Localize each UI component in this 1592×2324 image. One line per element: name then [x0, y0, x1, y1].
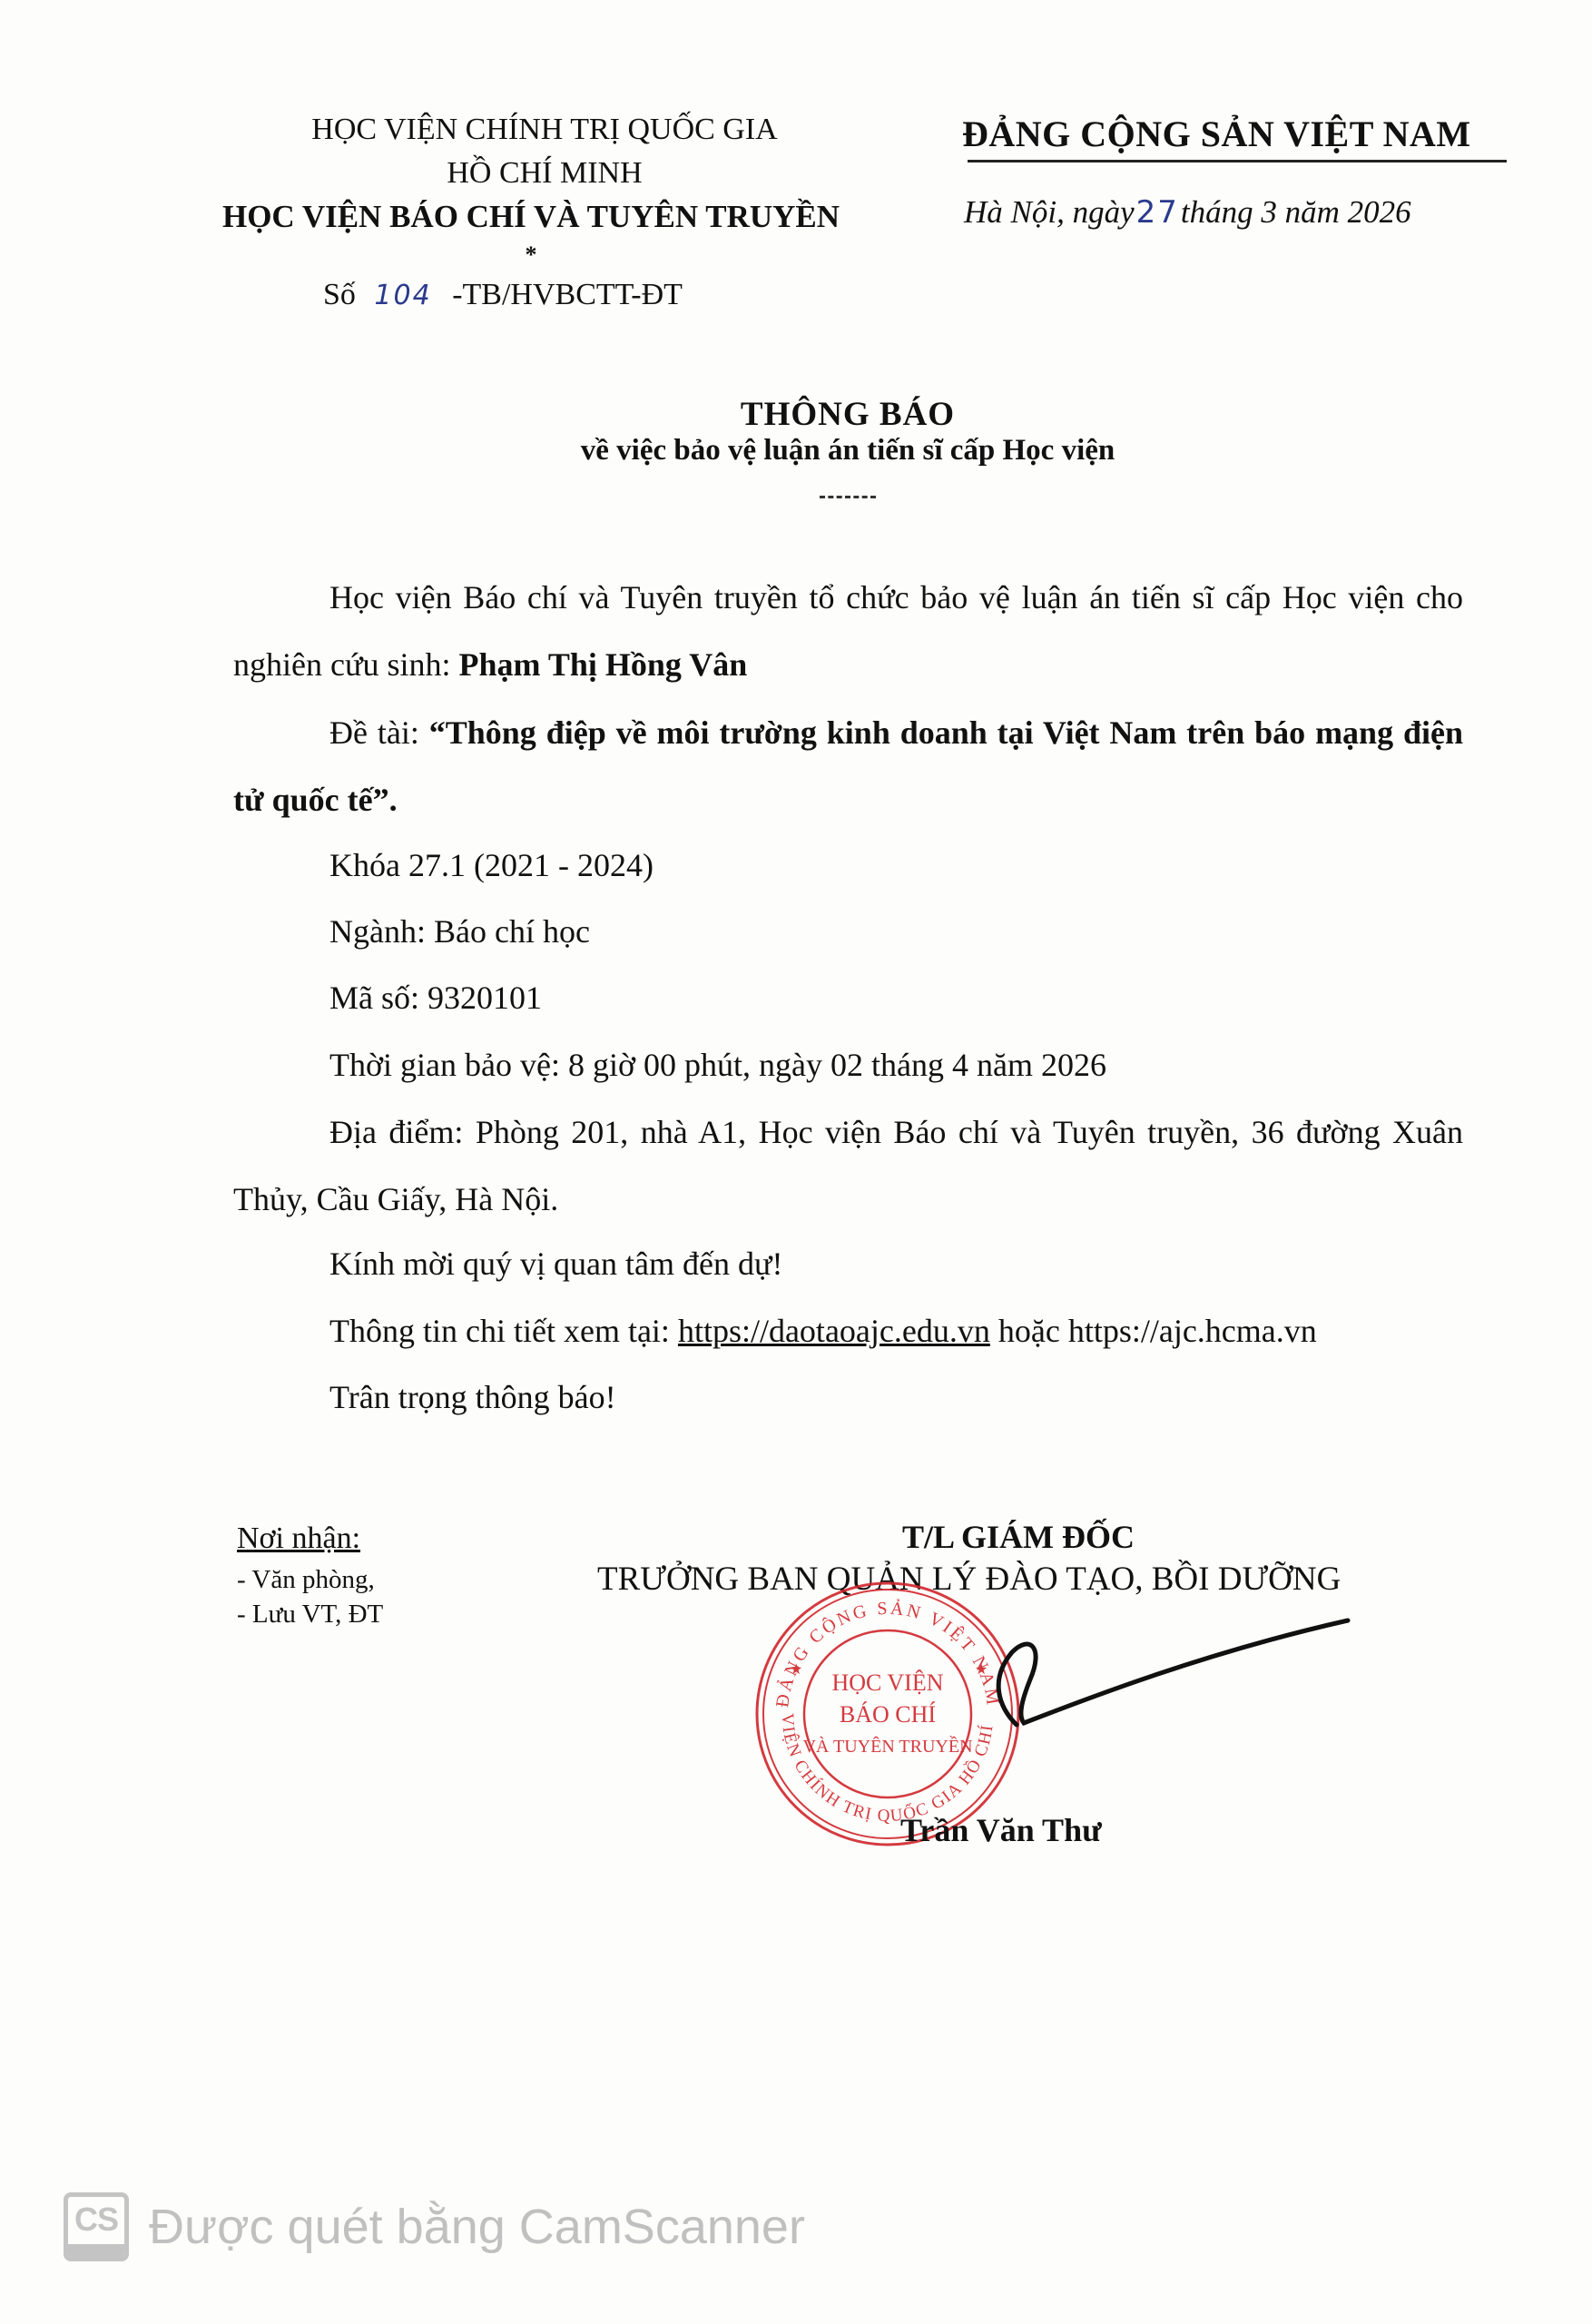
issuer-parent-org: HỌC VIỆN CHÍNH TRỊ QUỐC GIA: [311, 114, 777, 145]
candidate-name: Phạm Thị Hồng Vân: [458, 646, 747, 683]
defense-location: Địa điểm: Phòng 201, nhà A1, Học viện Bá…: [233, 1098, 1463, 1233]
major-code: Mã số: 9320101: [233, 964, 1463, 1031]
issuer-parent-org-line2: HỒ CHÍ MINH: [447, 158, 642, 189]
date-line: Hà Nội, ngày27tháng 3 năm 2026: [964, 194, 1411, 231]
stamp-center-line: HỌC VIỆN: [831, 1669, 943, 1696]
date-day-handwritten: 27: [1136, 194, 1179, 231]
defense-time: Thời gian bảo vệ: 8 giờ 00 phút, ngày 02…: [233, 1031, 1463, 1098]
recipients-heading: Nơi nhận:: [237, 1521, 360, 1556]
signature-on-behalf: T/L GIÁM ĐỐC: [902, 1518, 1135, 1556]
camscanner-watermark: CS Được quét bằng CamScanner: [64, 2192, 805, 2261]
info-line: Thông tin chi tiết xem tại: https://daot…: [233, 1297, 1463, 1364]
topic-paragraph: Đề tài: “Thông điệp về môi trường kinh d…: [233, 699, 1463, 833]
handwritten-signature: [980, 1616, 1361, 1743]
link-daotaoajc[interactable]: https://daotaoajc.edu.vn: [678, 1313, 990, 1349]
doc-no-handwritten: 104: [374, 280, 431, 311]
notice-subtitle: về việc bảo vệ luận án tiến sĩ cấp Học v…: [581, 434, 1115, 468]
recipient-item: - Lưu VT, ĐT: [237, 1600, 383, 1630]
star-separator: *: [526, 241, 537, 269]
party-heading-underline: [968, 160, 1507, 162]
party-heading: ĐẢNG CỘNG SẢN VIỆT NAM: [962, 113, 1471, 155]
camscanner-logo-icon: CS: [64, 2192, 129, 2261]
doc-no-prefix: Số: [323, 278, 356, 311]
intro-paragraph: Học viện Báo chí và Tuyên truyền tổ chức…: [233, 564, 1463, 698]
issuer-org: HỌC VIỆN BÁO CHÍ VÀ TUYÊN TRUYỀN: [222, 202, 840, 232]
invitation: Kính mời quý vị quan tâm đến dự!: [233, 1230, 1463, 1297]
stamp-star-icon: ★: [790, 1662, 802, 1678]
topic-label: Đề tài:: [329, 714, 429, 751]
closing: Trân trọng thông báo!: [233, 1364, 1463, 1431]
stamp-center-line: BÁO CHÍ: [840, 1701, 936, 1728]
recipient-item: - Văn phòng,: [237, 1565, 375, 1595]
date-prefix: Hà Nội, ngày: [964, 194, 1135, 230]
signer-name: Trần Văn Thư: [900, 1811, 1102, 1849]
stamp-center-line: VÀ TUYÊN TRUYỀN: [802, 1735, 972, 1757]
info-or: hoặc: [990, 1313, 1068, 1349]
info-prefix: Thông tin chi tiết xem tại:: [329, 1313, 678, 1349]
document-number: Số 104 -TB/HVBCTT-ĐT: [323, 278, 683, 312]
camscanner-text: Được quét bằng CamScanner: [149, 2199, 805, 2255]
intro-text: Học viện Báo chí và Tuyên truyền tổ chức…: [233, 579, 1463, 683]
notice-title: THÔNG BÁO: [741, 395, 955, 434]
course: Khóa 27.1 (2021 - 2024): [233, 832, 1463, 899]
doc-no-suffix: -TB/HVBCTT-ĐT: [452, 278, 683, 311]
major: Ngành: Báo chí học: [233, 898, 1463, 965]
link-ajc-hcma[interactable]: https://ajc.hcma.vn: [1068, 1313, 1317, 1349]
date-suffix: tháng 3 năm 2026: [1181, 194, 1411, 230]
title-divider: [820, 496, 876, 498]
